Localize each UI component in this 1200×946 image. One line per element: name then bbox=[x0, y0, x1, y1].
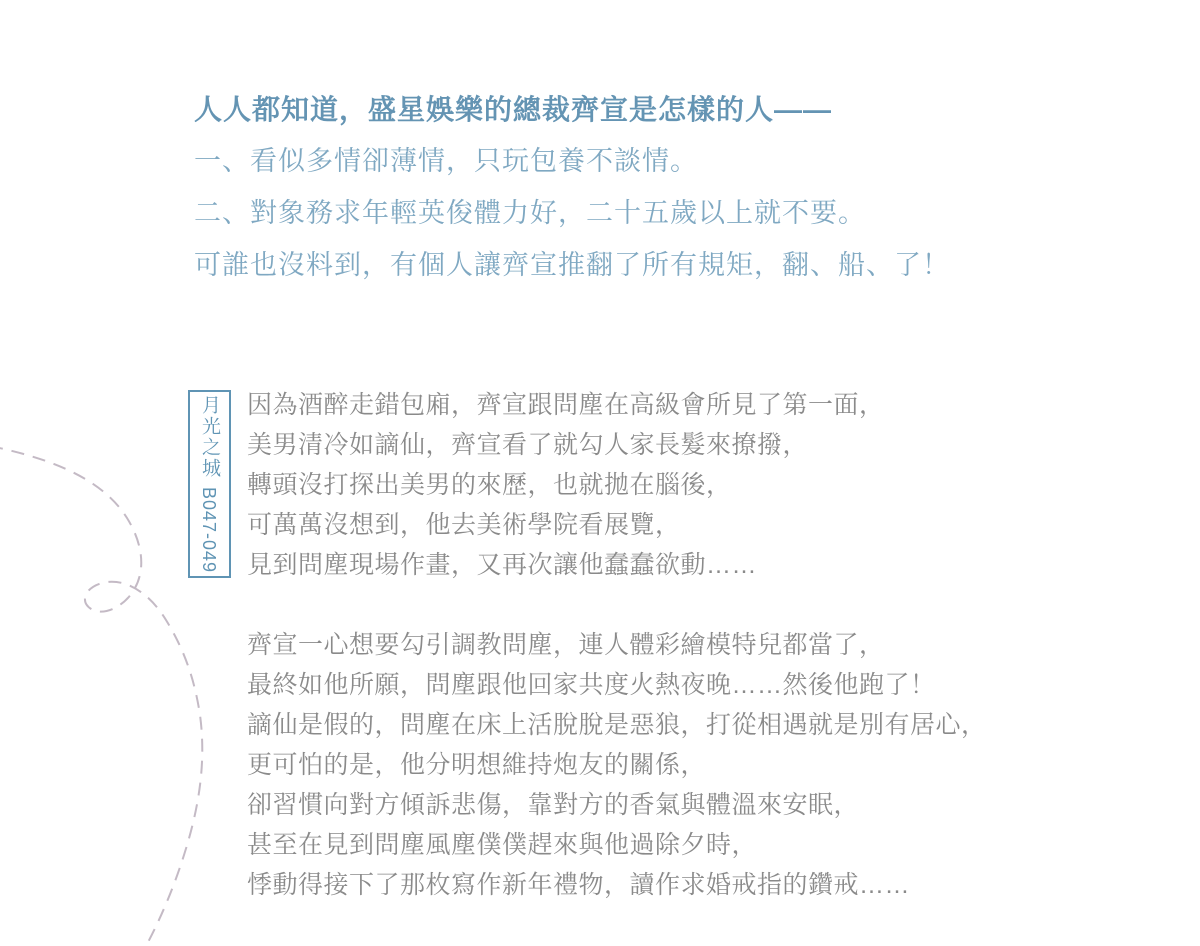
synopsis-line: 悸動得接下了那枚寫作新年禮物，讀作求婚戒指的鑽戒…… bbox=[247, 865, 1047, 905]
series-title: 月光之城 bbox=[199, 395, 220, 479]
series-code: B047-049 bbox=[199, 487, 219, 573]
synopsis-line: 齊宣一心想要勾引調教問塵，連人體彩繪模特兒都當了， bbox=[247, 625, 1047, 665]
synopsis-paragraph-1: 因為酒醉走錯包廂，齊宣跟問塵在高級會所見了第一面， 美男清冷如謫仙，齊宣看了就勾… bbox=[247, 385, 1047, 585]
synopsis-line: 美男清冷如謫仙，齊宣看了就勾人家長髮來撩撥， bbox=[247, 425, 1047, 465]
synopsis-line: 轉頭沒打探出美男的來歷，也就拋在腦後， bbox=[247, 465, 1047, 505]
tagline-line: 可誰也沒料到，有個人讓齊宣推翻了所有規矩，翻、船、了！ bbox=[194, 239, 950, 291]
tagline-line: 一、看似多情卻薄情，只玩包養不談情。 bbox=[194, 135, 950, 187]
synopsis-line: 可萬萬沒想到，他去美術學院看展覽， bbox=[247, 505, 1047, 545]
synopsis-line: 更可怕的是，他分明想維持炮友的關係， bbox=[247, 745, 1047, 785]
synopsis-line: 卻習慣向對方傾訴悲傷，靠對方的香氣與體溫來安眠， bbox=[247, 785, 1047, 825]
tagline-headline: 人人都知道，盛星娛樂的總裁齊宣是怎樣的人—— bbox=[194, 92, 832, 128]
synopsis-line: 甚至在見到問塵風塵僕僕趕來與他過除夕時， bbox=[247, 825, 1047, 865]
synopsis: 因為酒醉走錯包廂，齊宣跟問塵在高級會所見了第一面， 美男清冷如謫仙，齊宣看了就勾… bbox=[247, 385, 1047, 945]
tagline-line: 二、對象務求年輕英俊體力好，二十五歲以上就不要。 bbox=[194, 187, 950, 239]
synopsis-line: 最終如他所願，問塵跟他回家共度火熱夜晚……然後他跑了！ bbox=[247, 665, 1047, 705]
tagline-lines: 一、看似多情卻薄情，只玩包養不談情。 二、對象務求年輕英俊體力好，二十五歲以上就… bbox=[194, 135, 950, 291]
synopsis-paragraph-2: 齊宣一心想要勾引調教問塵，連人體彩繪模特兒都當了， 最終如他所願，問塵跟他回家共… bbox=[247, 625, 1047, 905]
synopsis-line: 謫仙是假的，問塵在床上活脫脫是惡狼，打從相遇就是別有居心， bbox=[247, 705, 1047, 745]
synopsis-line: 見到問塵現場作畫，又再次讓他蠢蠢欲動…… bbox=[247, 545, 1047, 585]
book-blurb-page: 人人都知道，盛星娛樂的總裁齊宣是怎樣的人—— 一、看似多情卻薄情，只玩包養不談情… bbox=[0, 0, 1200, 946]
series-label-text: 月光之城B047-049 bbox=[200, 395, 219, 573]
series-label-box: 月光之城B047-049 bbox=[188, 390, 231, 578]
synopsis-line: 因為酒醉走錯包廂，齊宣跟問塵在高級會所見了第一面， bbox=[247, 385, 1047, 425]
